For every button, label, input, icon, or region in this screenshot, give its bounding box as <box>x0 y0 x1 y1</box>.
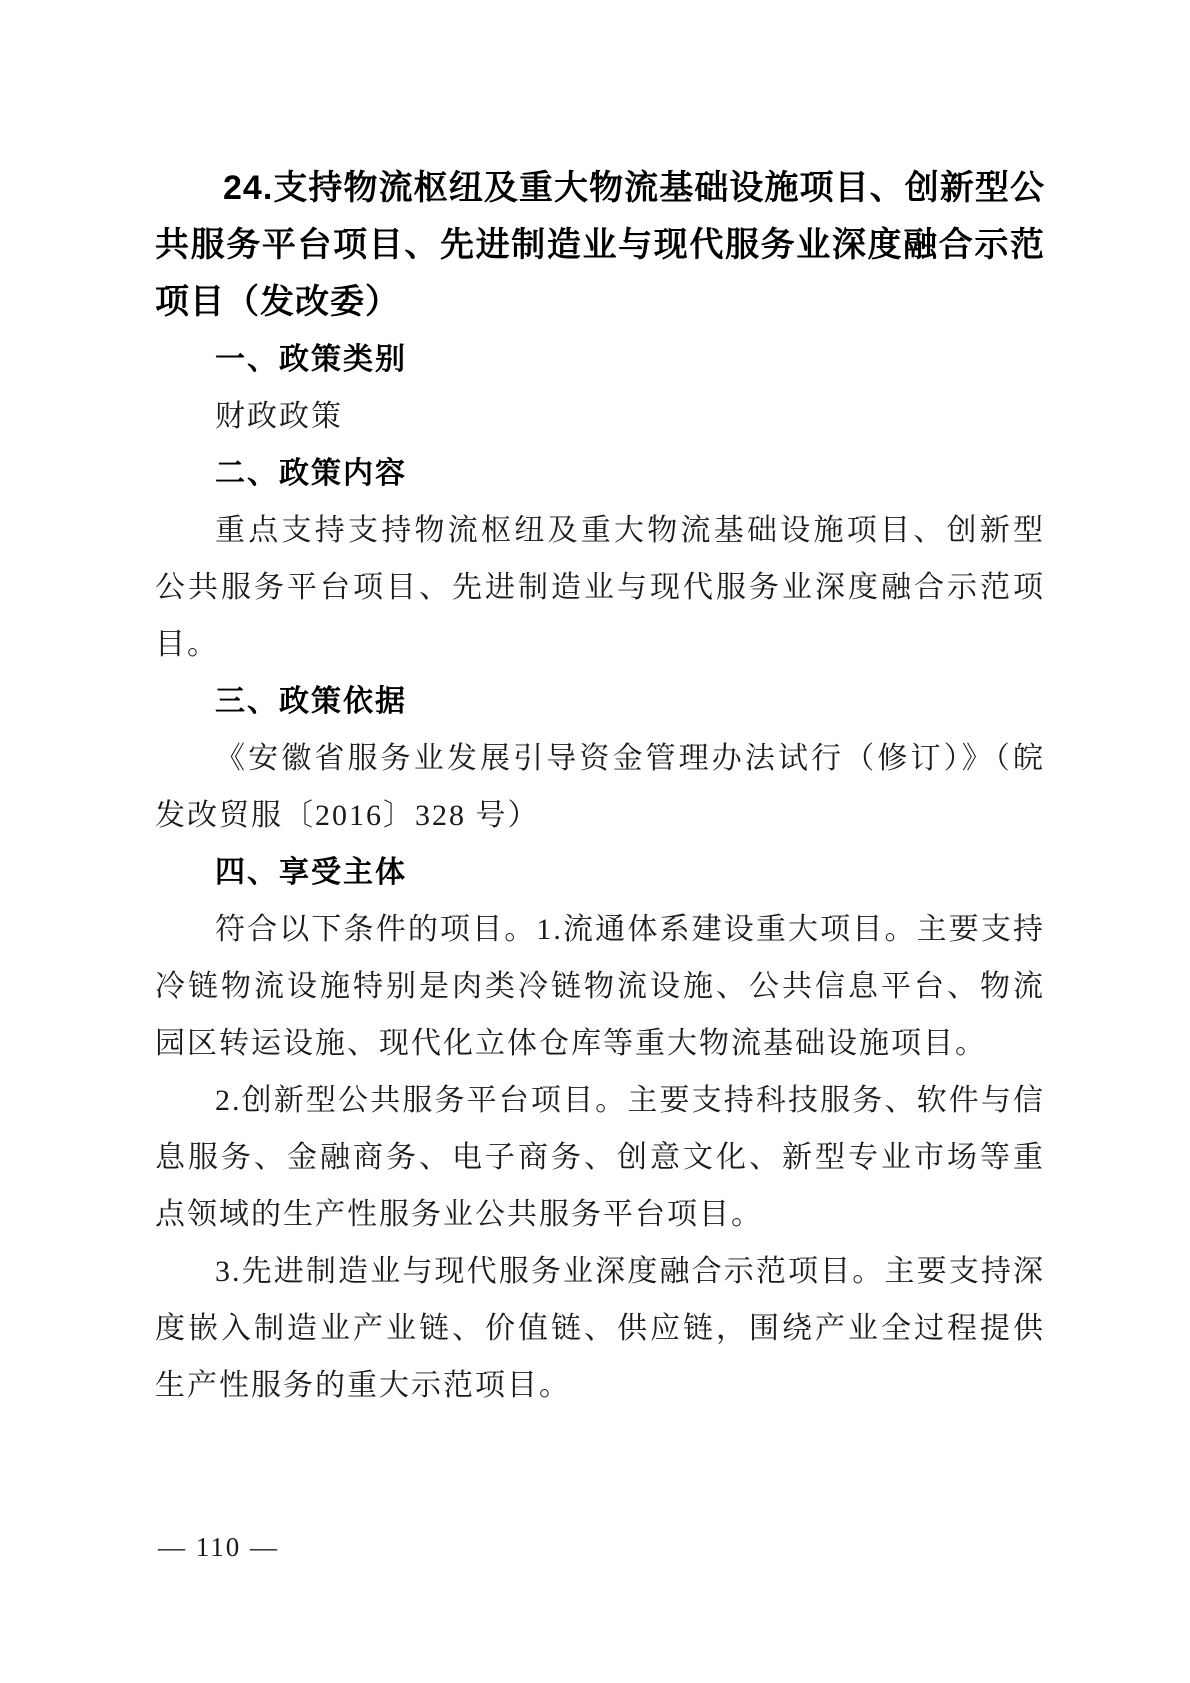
section-heading-beneficiaries: 四、享受主体 <box>155 844 1045 901</box>
paragraph-beneficiaries-1: 符合以下条件的项目。1.流通体系建设重大项目。主要支持冷链物流设施特别是肉类冷链… <box>155 901 1045 1072</box>
section-policy-basis: 三、政策依据 《安徽省服务业发展引导资金管理办法试行（修订）》（皖发改贸服〔20… <box>155 673 1045 844</box>
section-heading-policy-basis: 三、政策依据 <box>155 673 1045 730</box>
paragraph-policy-basis: 《安徽省服务业发展引导资金管理办法试行（修订）》（皖发改贸服〔2016〕328 … <box>155 730 1045 844</box>
section-heading-policy-category: 一、政策类别 <box>155 331 1045 388</box>
paragraph-beneficiaries-2: 2.创新型公共服务平台项目。主要支持科技服务、软件与信息服务、金融商务、电子商务… <box>155 1072 1045 1243</box>
document-page: 24.支持物流枢纽及重大物流基础设施项目、创新型公共服务平台项目、先进制造业与现… <box>0 0 1190 1683</box>
paragraph-beneficiaries-3: 3.先进制造业与现代服务业深度融合示范项目。主要支持深度嵌入制造业产业链、价值链… <box>155 1243 1045 1414</box>
document-title: 24.支持物流枢纽及重大物流基础设施项目、创新型公共服务平台项目、先进制造业与现… <box>155 160 1045 331</box>
paragraph-policy-category: 财政政策 <box>155 388 1045 445</box>
page-number: — 110 — <box>158 1532 279 1563</box>
section-heading-policy-content: 二、政策内容 <box>155 445 1045 502</box>
section-policy-content: 二、政策内容 重点支持支持物流枢纽及重大物流基础设施项目、创新型公共服务平台项目… <box>155 445 1045 673</box>
document-content: 24.支持物流枢纽及重大物流基础设施项目、创新型公共服务平台项目、先进制造业与现… <box>155 160 1045 1414</box>
paragraph-policy-content: 重点支持支持物流枢纽及重大物流基础设施项目、创新型公共服务平台项目、先进制造业与… <box>155 502 1045 673</box>
section-beneficiaries: 四、享受主体 符合以下条件的项目。1.流通体系建设重大项目。主要支持冷链物流设施… <box>155 844 1045 1414</box>
section-policy-category: 一、政策类别 财政政策 <box>155 331 1045 445</box>
